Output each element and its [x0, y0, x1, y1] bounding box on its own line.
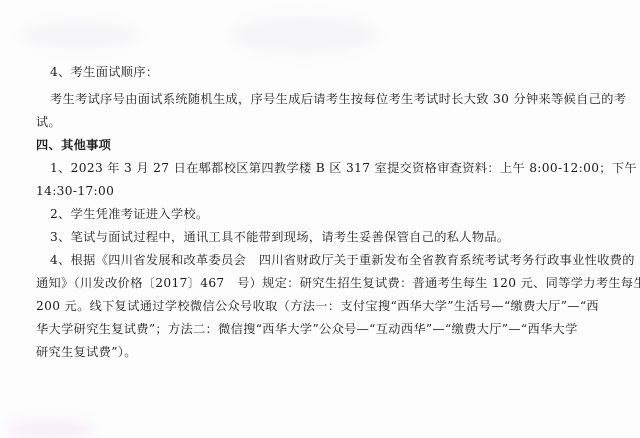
item-3-line1: 3、笔试与面试过程中，通讯工具不能带到现场，请考生妥善保管自己的私人物品。 [50, 229, 509, 245]
section-heading-other-matters: 四、其他事项 [36, 137, 111, 153]
scan-artifact [20, 20, 140, 50]
interview-order-title: 4、考生面试顺序： [50, 64, 158, 80]
item-4-line4: 华大学研究生复试费”；方法二：微信搜“西华大学”公众号—“互动西华”—“缴费大厅… [36, 321, 578, 337]
item-4-line3: 200 元。线下复试通过学校微信公众号收取（方法一：支付宝搜“西华大学”生活号—… [36, 298, 599, 314]
interview-order-body-line1: 考生考试序号由面试系统随机生成，序号生成后请考生按每位考生考试时长大致 30 分… [50, 91, 626, 107]
item-4-line5: 研究生复试费”）。 [36, 344, 137, 360]
item-1-line1: 1、2023 年 3 月 27 日在郫都校区第四教学楼 B 区 317 室提交资… [50, 160, 637, 176]
scan-artifact [230, 15, 380, 55]
item-1-line2: 14:30-17:00 [36, 183, 114, 199]
interview-order-body-line2: 试。 [36, 114, 61, 130]
item-4-line1: 4、根据《四川省发展和改革委员会 四川省财政厅关于重新发布全省教育系统考试考务行… [50, 252, 635, 268]
scanned-document-page: 4、考生面试顺序： 考生考试序号由面试系统随机生成，序号生成后请考生按每位考生考… [0, 0, 640, 438]
scan-artifact [5, 420, 95, 438]
item-2-line1: 2、学生凭准考证进入学校。 [50, 206, 209, 222]
item-4-line2: 通知》（川发改价格〔2017〕467 号）规定：研究生招生复试费：普通考生每生 … [36, 275, 640, 291]
